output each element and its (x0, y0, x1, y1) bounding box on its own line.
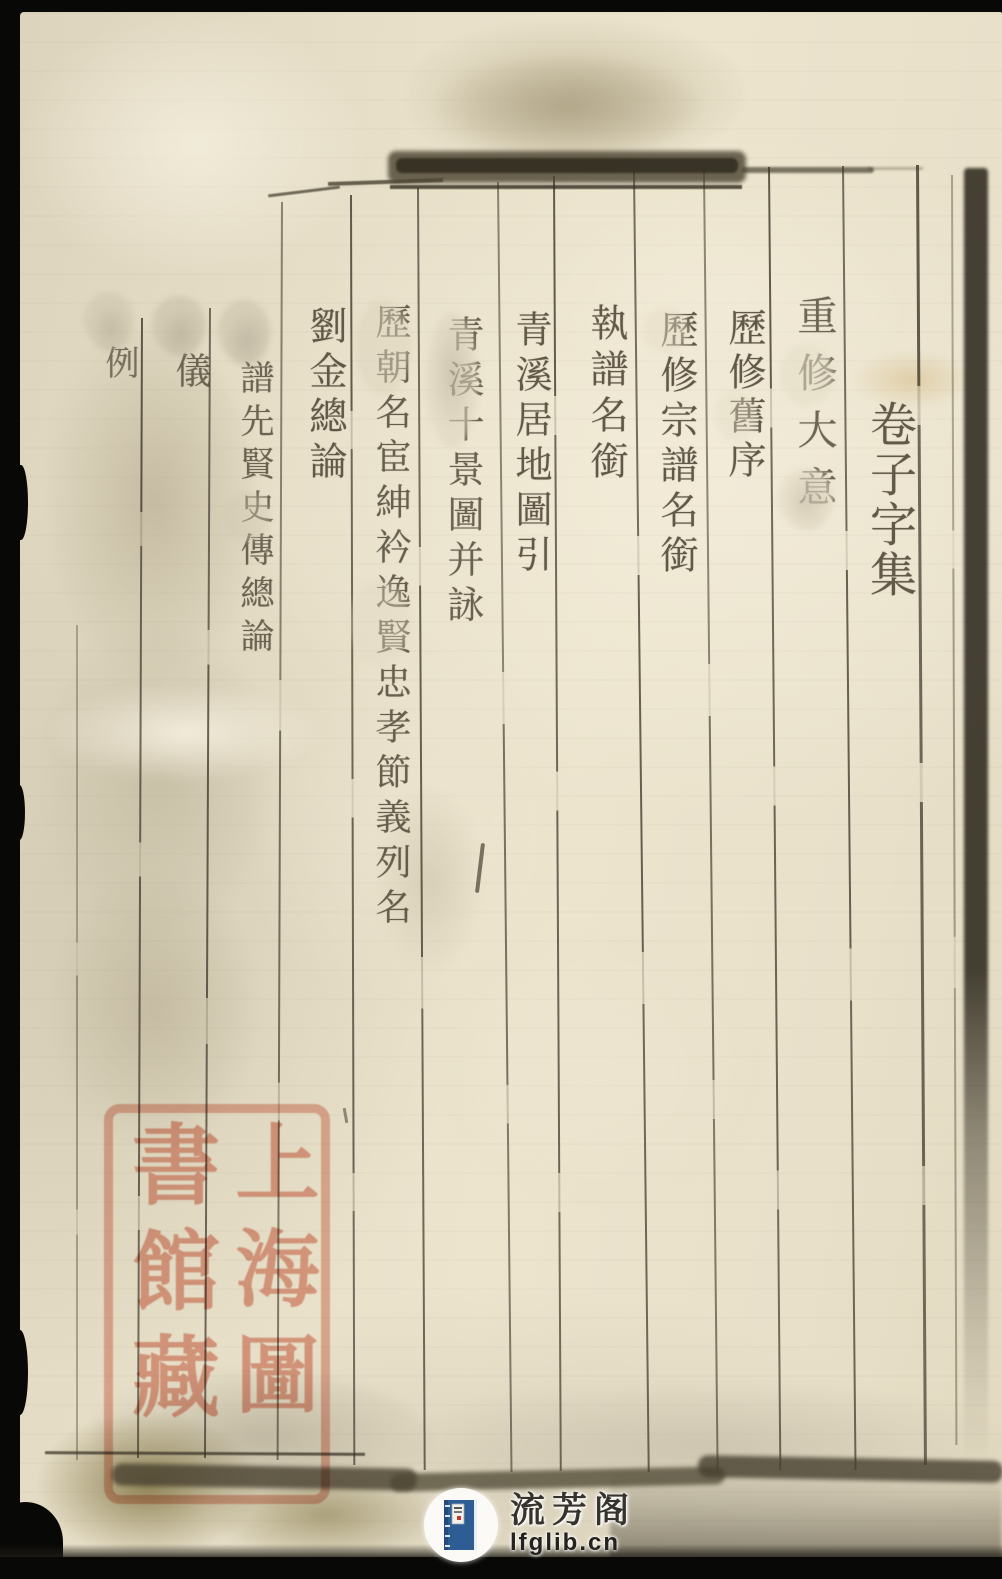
edge-top (0, 0, 1002, 12)
scanned-genealogy-page: 卷子字集 重修大意 歷修舊序 歷修宗譜名銜 執譜名銜 青溪居地圖引 青溪十景圖并… (0, 0, 1002, 1579)
damage-patch-c6-top (426, 312, 478, 447)
edge-left-notch-1 (14, 465, 28, 540)
damage-patch-c10-top (152, 296, 206, 354)
page-edge-band (964, 168, 988, 1460)
damage-patch-c1-bottom (778, 468, 834, 530)
damage-patch-c7-top (356, 300, 410, 395)
toc-column-5: 青溪居地圖引 (502, 310, 556, 580)
book-icon (441, 1499, 481, 1551)
top-border-smudge-core (396, 158, 738, 173)
damage-patch-c3-top (643, 308, 689, 353)
toc-column-10: 儀 (166, 352, 217, 388)
watermark-text: 流芳阁 lfglib.cn (510, 1493, 636, 1556)
library-collection-seal: 上海圖 書館藏 (104, 1104, 330, 1504)
top-border-segment-c (742, 167, 874, 173)
edge-left-notch-3 (12, 1330, 28, 1415)
volume-title-column: 卷子字集 (856, 400, 923, 600)
damage-patch-c9-mid (222, 492, 270, 542)
damage-patch-c7-mid (350, 580, 410, 665)
seal-right-column: 上海圖 (227, 1119, 311, 1489)
top-border-segment-d (868, 167, 923, 170)
seal-left-column: 書館藏 (123, 1119, 211, 1489)
damage-patch-c1-top (780, 345, 834, 405)
watermark: 流芳阁 lfglib.cn (424, 1488, 636, 1562)
toc-column-11: 例 (94, 345, 143, 379)
watermark-site-url: lfglib.cn (510, 1530, 636, 1556)
toc-column-4: 執譜名銜 (578, 303, 633, 487)
watermark-site-name: 流芳阁 (510, 1493, 636, 1530)
toc-column-8: 劉金總論 (297, 306, 352, 486)
rule-line-13 (76, 625, 78, 1460)
top-border-underline (390, 185, 742, 189)
edge-left-notch-2 (14, 785, 25, 840)
damage-patch-c9-top (218, 300, 270, 362)
damage-patch-c11-top (84, 292, 134, 348)
damage-patch-c2 (716, 390, 756, 442)
watermark-logo-circle (424, 1488, 498, 1562)
